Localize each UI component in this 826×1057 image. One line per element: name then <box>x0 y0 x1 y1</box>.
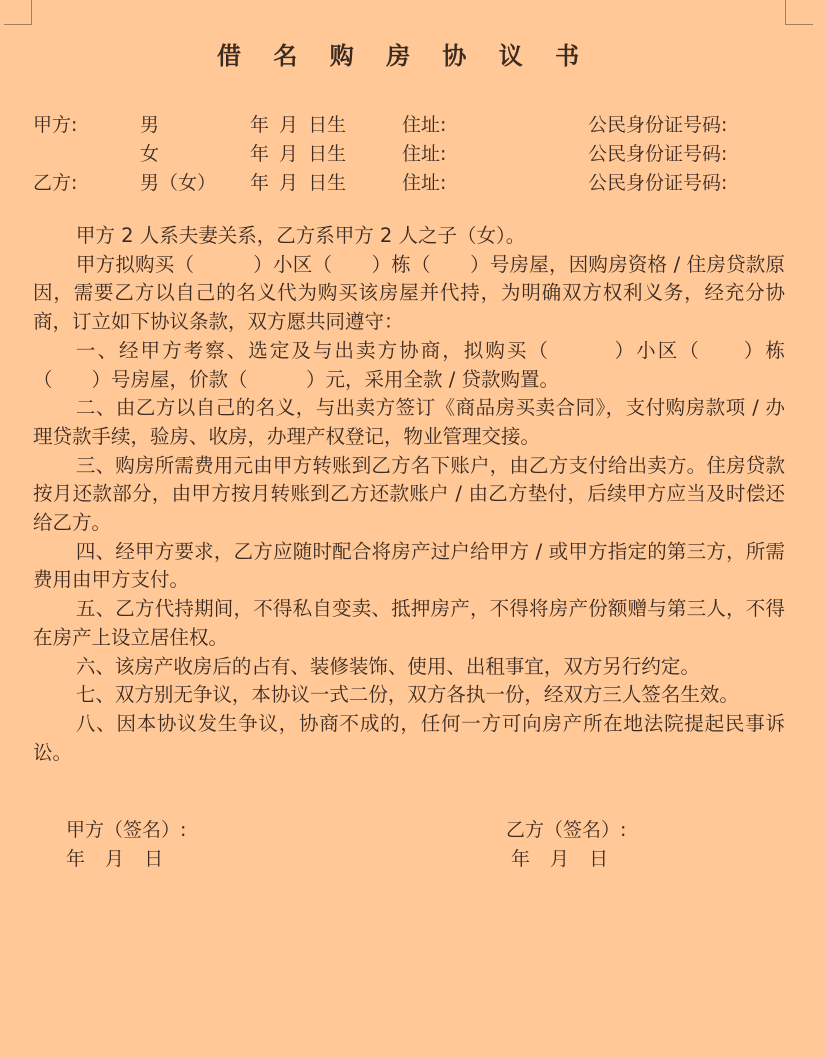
party-birth-date: 年 月 日生 <box>250 140 346 169</box>
clause-8: 八、因本协议发生争议，协商不成的，任何一方可向房产所在地法院提起民事诉讼。 <box>33 710 785 767</box>
party-label: 甲方: <box>33 111 77 140</box>
margin-corner-mark-top-left <box>4 24 32 25</box>
party-sex: 男（女） <box>140 169 216 198</box>
clause-7: 七、双方别无争议，本协议一式二份，双方各执一份，经双方三人签名生效。 <box>33 681 785 710</box>
signature-label: 乙方（签名）: <box>506 816 626 845</box>
party-row-a-female: 女 年 月 日生 住址: 公民身份证号码: <box>0 140 826 169</box>
margin-corner-mark-top-left <box>31 0 32 25</box>
document-title: 借 名 购 房 协 议 书 <box>217 36 591 71</box>
party-row-a-male: 甲方: 男 年 月 日生 住址: 公民身份证号码: <box>0 111 826 140</box>
margin-corner-mark-top-right <box>785 0 786 25</box>
agreement-body: 甲方 2 人系夫妻关系，乙方系甲方 2 人之子（女）。 甲方拟购买（ ）小区（ … <box>33 222 785 767</box>
paragraph-relationship: 甲方 2 人系夫妻关系，乙方系甲方 2 人之子（女）。 <box>33 222 785 251</box>
party-id-number: 公民身份证号码: <box>588 140 727 169</box>
party-birth-date: 年 月 日生 <box>250 111 346 140</box>
party-id-number: 公民身份证号码: <box>588 169 727 198</box>
signature-block-party-a: 甲方（签名）: 年 月 日 <box>66 816 186 874</box>
party-birth-date: 年 月 日生 <box>250 169 346 198</box>
margin-corner-mark-top-right <box>785 24 813 25</box>
party-row-b: 乙方: 男（女） 年 月 日生 住址: 公民身份证号码: <box>0 169 826 198</box>
party-address: 住址: <box>402 111 446 140</box>
parties-info: 甲方: 男 年 月 日生 住址: 公民身份证号码: 女 年 月 日生 住址: 公… <box>0 111 826 198</box>
party-sex: 男 <box>140 111 159 140</box>
clause-1: 一、经甲方考察、选定及与出卖方协商，拟购买（ ）小区（ ）栋（ ）号房屋，价款（… <box>33 337 785 394</box>
clause-3: 三、购房所需费用元由甲方转账到乙方名下账户，由乙方支付给出卖方。住房贷款按月还款… <box>33 452 785 538</box>
party-label: 乙方: <box>33 169 77 198</box>
paragraph-preamble: 甲方拟购买（ ）小区（ ）栋（ ）号房屋，因购房资格 / 住房贷款原因，需要乙方… <box>33 251 785 337</box>
party-sex: 女 <box>140 140 159 169</box>
party-address: 住址: <box>402 169 446 198</box>
clause-4: 四、经甲方要求，乙方应随时配合将房产过户给甲方 / 或甲方指定的第三方，所需费用… <box>33 538 785 595</box>
party-address: 住址: <box>402 140 446 169</box>
clause-6: 六、该房产收房后的占有、装修装饰、使用、出租事宜，双方另行约定。 <box>33 653 785 682</box>
signature-block-party-b: 乙方（签名）: 年 月 日 <box>506 816 626 874</box>
clause-2: 二、由乙方以自己的名义，与出卖方签订《商品房买卖合同》，支付购房款项 / 办理贷… <box>33 394 785 451</box>
signature-label: 甲方（签名）: <box>66 816 186 845</box>
party-id-number: 公民身份证号码: <box>588 111 727 140</box>
signature-date: 年 月 日 <box>66 845 186 874</box>
signature-date: 年 月 日 <box>506 845 626 874</box>
clause-5: 五、乙方代持期间，不得私自变卖、抵押房产，不得将房产份额赠与第三人，不得在房产上… <box>33 595 785 652</box>
